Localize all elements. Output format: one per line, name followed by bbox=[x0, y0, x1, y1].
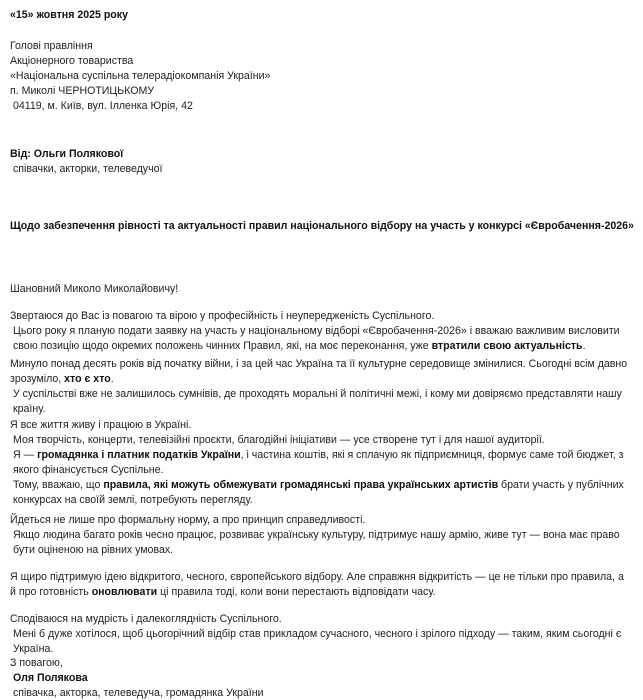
letter-page: «15» жовтня 2025 року Голові правління А… bbox=[0, 0, 643, 700]
emphasis-text: правила, які можуть обмежувати громадянс… bbox=[103, 479, 498, 491]
letter-subject: Щодо забезпечення рівності та актуальнос… bbox=[10, 219, 631, 234]
text-run: . bbox=[111, 373, 114, 385]
paragraph-4: Йдеться не лише про формальну норму, а п… bbox=[10, 513, 631, 558]
paragraph-text: Якщо людина багато років чесно працює, р… bbox=[10, 528, 631, 558]
closing-phrase: З повагою, bbox=[10, 656, 631, 671]
paragraph-text: Тому, вважаю, що правила, які можуть обм… bbox=[10, 478, 631, 508]
text-run: . bbox=[583, 340, 586, 352]
addressee-line: п. Миколі ЧЕРНОТИЦЬКОМУ bbox=[10, 84, 631, 99]
paragraph-text: Минуло понад десять років від початку ві… bbox=[10, 357, 631, 387]
paragraph-3: Я все життя живу і працюю в Україні. Моя… bbox=[10, 418, 631, 508]
paragraph-text: Я все життя живу і працюю в Україні. bbox=[10, 418, 631, 433]
greeting: Шановний Миколо Миколайовичу! bbox=[10, 282, 631, 297]
signature-name: Оля Полякова bbox=[10, 671, 631, 686]
emphasis-text: втратили свою актуальність bbox=[432, 340, 583, 352]
addressee-address: 04119, м. Київ, вул. Ілленка Юрія, 42 bbox=[10, 99, 631, 114]
text-run: Тому, вважаю, що bbox=[13, 479, 103, 491]
paragraph-6: Сподіваюся на мудрість і далекоглядність… bbox=[10, 612, 631, 657]
emphasis-text: оновлювати bbox=[92, 586, 157, 598]
paragraph-text: У суспільстві вже не залишилось сумнівів… bbox=[10, 387, 631, 417]
paragraph-2: Минуло понад десять років від початку ві… bbox=[10, 357, 631, 417]
signature-title: співачка, акторка, телеведуча, громадянк… bbox=[10, 686, 631, 700]
paragraph-text: Я щиро підтримую ідею відкритого, чесног… bbox=[10, 570, 631, 600]
addressee-line: Голові правління bbox=[10, 39, 631, 54]
letter-date: «15» жовтня 2025 року bbox=[10, 8, 631, 23]
addressee-line: «Національна суспільна телерадіокомпанія… bbox=[10, 69, 631, 84]
text-run: ці правила тоді, коли вони перестають ві… bbox=[157, 586, 435, 598]
emphasis-text: громадянка і платник податків України bbox=[37, 449, 240, 461]
paragraph-1: Звертаюся до Вас із повагою та вірою у п… bbox=[10, 309, 631, 354]
sender-title: співачки, акторки, телеведучої bbox=[10, 162, 631, 177]
emphasis-text: хто є хто bbox=[64, 373, 111, 385]
text-run: Я — bbox=[13, 449, 37, 461]
paragraph-text: Мені б дуже хотілося, щоб цьогорічний ві… bbox=[10, 627, 631, 657]
signature-block: З повагою, Оля Полякова співачка, акторк… bbox=[10, 656, 631, 700]
paragraph-text: Сподіваюся на мудрість і далекоглядність… bbox=[10, 612, 631, 627]
paragraph-text: Моя творчість, концерти, телевізійні про… bbox=[10, 433, 631, 448]
paragraph-text: Я — громадянка і платник податків Україн… bbox=[10, 448, 631, 478]
paragraph-text: Цього року я планую подати заявку на уча… bbox=[10, 324, 631, 354]
paragraph-text: Звертаюся до Вас із повагою та вірою у п… bbox=[10, 309, 631, 324]
paragraph-text: Йдеться не лише про формальну норму, а п… bbox=[10, 513, 631, 528]
addressee-block: Голові правління Акціонерного товариства… bbox=[10, 39, 631, 114]
addressee-line: Акціонерного товариства bbox=[10, 54, 631, 69]
sender-block: Від: Ольги Полякової співачки, акторки, … bbox=[10, 147, 631, 177]
sender-label: Від: Ольги Полякової bbox=[10, 147, 631, 162]
paragraph-5: Я щиро підтримую ідею відкритого, чесног… bbox=[10, 570, 631, 600]
